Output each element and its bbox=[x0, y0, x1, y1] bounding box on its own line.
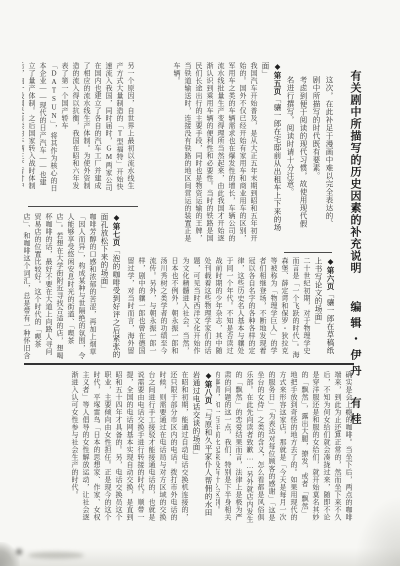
section-page7: ◆第七页「泡的咖啡受到好评之后紧张的面孔放松下来的场面」 咖啡芳醇的口感和浓郁的… bbox=[22, 213, 122, 361]
section5-body-continued: 另一个原因，自世界上最初以流水线生产方式大量制造的「T型福特」开始快速流入我国，… bbox=[22, 62, 136, 192]
intro-paragraph: 这次，在此补足于漫画中难以完全表达的、剧中所描写的时代既有要素。 考虑到便于阅读… bbox=[282, 76, 336, 232]
section6-divider-rule bbox=[284, 252, 332, 253]
section-page8: ◆第八页「与原和久平家仆人帮佣的水田岩通过电话交谈的场面」 在昭和初期，能通过自… bbox=[22, 371, 214, 523]
section6-body: 二十世纪初期，对于物理学史而言是「一个飞跃的时代」。海森堡、薛定谔和保罗・狄拉克… bbox=[124, 257, 312, 361]
section-page5: ◆第五页「骧一郎在宅邸前从出租车上下来的场面」 我国汽车开始普及，是从大正五年末… bbox=[140, 62, 283, 242]
section8-header: ◆第八页「与原和久平家仆人帮佣的水田岩通过电话交谈的场面」 bbox=[190, 371, 214, 523]
section7-header: ◆第七页「泡的咖啡受到好评之后紧张的面孔放松下来的场面」 bbox=[98, 213, 122, 361]
page-title: 有关剧中所描写的历史因素的补充说明 bbox=[349, 70, 361, 274]
section7-divider-rule bbox=[28, 206, 138, 207]
scan-bottom-shading bbox=[0, 548, 400, 566]
section7-marker: ◆第七页 bbox=[112, 213, 121, 247]
section8-body: 在昭和初期，能通过自动电话交换机连接的，还只限于部分市区内的电话。拨打市外电话的… bbox=[69, 371, 190, 523]
section5-header: ◆第五页「骧一郎在宅邸前从出租车上下来的场面」 bbox=[259, 62, 283, 242]
band-divider-rule bbox=[24, 363, 354, 365]
section7-body: 咖啡芳醇的口感和浓郁的苦涩，再加上烟草「因人而异」，构成某种与世隔绝的氛围，令人… bbox=[22, 213, 98, 361]
section8-marker: ◆第八页 bbox=[204, 371, 213, 405]
section6-marker: ◆第六页 bbox=[326, 257, 335, 291]
section5-marker: ◆第五页 bbox=[273, 62, 282, 96]
section6-header: ◆第六页「骧一郎在草稿纸上书写论文的场面」 bbox=[312, 257, 336, 361]
scanned-document-page: 有关剧中所描写的历史因素的补充说明 编辑・伊丹 有桂 这次，在此补足于漫画中难以… bbox=[0, 0, 400, 566]
section7-body-continued: 确实是会上瘾的咖啡。当坐下后，两点的咖啡端来，到此为止还算正常的，然而坐下来不久… bbox=[216, 371, 354, 523]
scan-bottom-right-shading bbox=[354, 496, 400, 566]
section-page6: ◆第六页「骧一郎在草稿纸上书写论文的场面」 二十世纪初期，对于物理学史而言是「一… bbox=[124, 257, 336, 361]
section5-body: 我国汽车开始普及，是从大正五年末期到昭和五年初开始的。国外不仅已经开始有家用车和… bbox=[171, 62, 259, 242]
